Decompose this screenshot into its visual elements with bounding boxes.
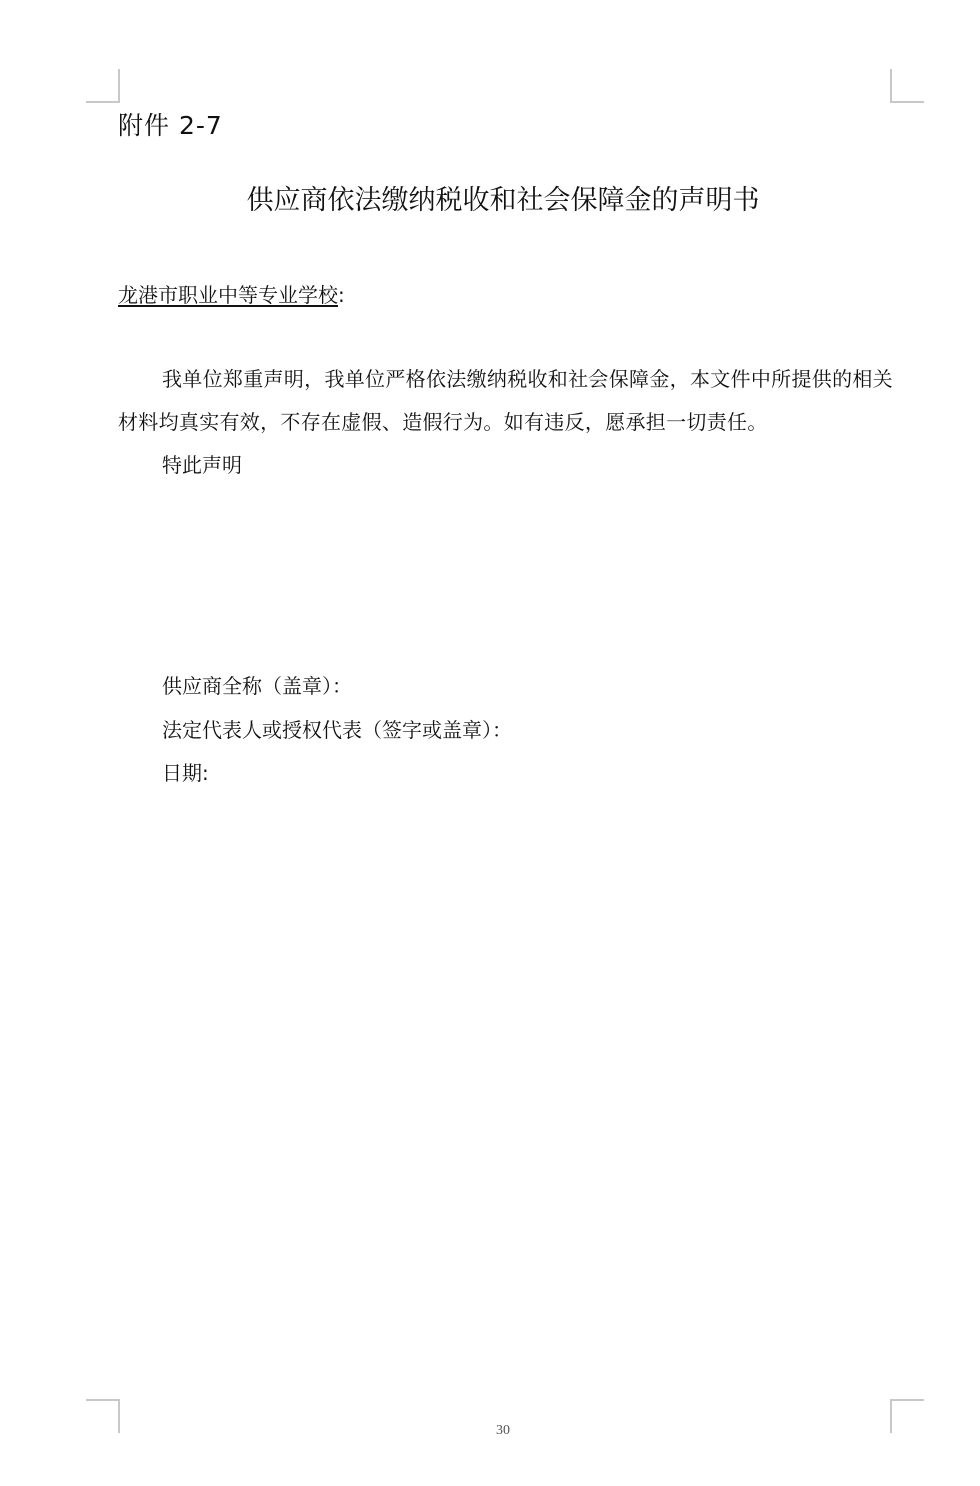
corner-mark-bottom-left-h — [86, 1399, 119, 1401]
declaration-paragraph: 我单位郑重声明，我单位严格依法缴纳税收和社会保障金，本文件中所提供的相关材料均真… — [118, 358, 893, 444]
corner-mark-bottom-right-h — [890, 1399, 924, 1401]
corner-mark-top-left-v — [118, 69, 120, 103]
annex-label: 附件 2-7 — [118, 106, 223, 142]
representative-label: 法定代表人或授权代表（签字或盖章）： — [162, 714, 512, 743]
document-title: 供应商依法缴纳税收和社会保障金的声明书 — [0, 178, 980, 217]
addressee: 龙港市职业中等专业学校: — [118, 279, 345, 308]
closing-statement: 特此声明 — [118, 444, 937, 487]
addressee-name: 龙港市职业中等专业学校 — [118, 283, 338, 307]
corner-mark-top-left-h — [86, 101, 119, 103]
addressee-colon: : — [338, 283, 345, 307]
supplier-name-label: 供应商全称（盖章）： — [162, 670, 352, 699]
corner-mark-top-right-h — [890, 101, 924, 103]
page-number: 30 — [0, 1423, 980, 1439]
corner-mark-top-right-v — [890, 69, 892, 103]
date-label: 日期: — [162, 757, 209, 786]
